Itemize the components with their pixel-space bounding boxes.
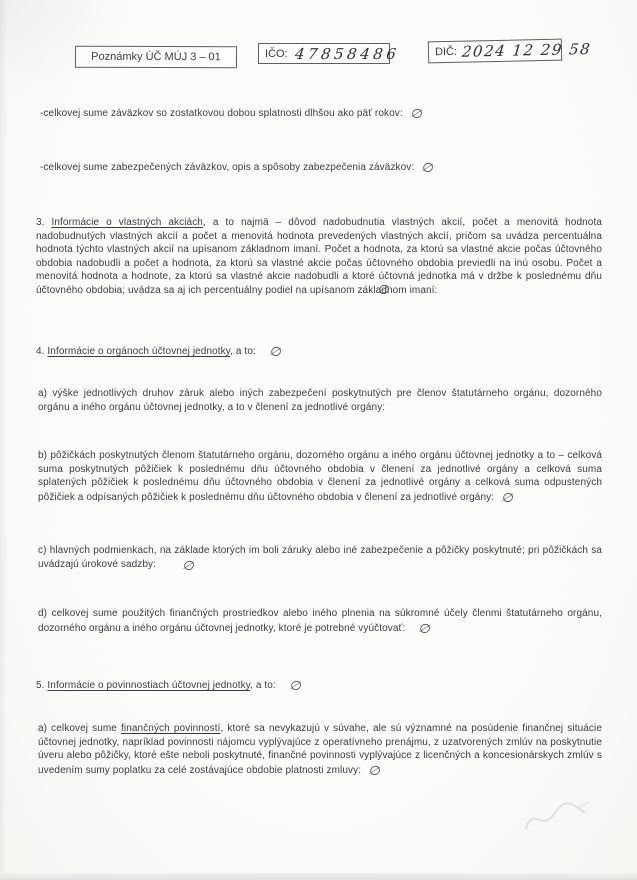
- handwritten-empty-mark: ∅: [409, 107, 425, 122]
- section-number: 5.: [36, 680, 47, 691]
- handwritten-empty-mark: ∅: [367, 764, 383, 779]
- form-title-box: Poznámky ÚČ MÚJ 3 – 01: [75, 46, 237, 69]
- handwritten-empty-mark: ∅: [268, 345, 284, 360]
- paragraph-text: -celkovej sume záväzkov so zostatkovou d…: [40, 108, 403, 119]
- section-number: 4.: [36, 346, 47, 357]
- section-text: , a to:: [230, 346, 256, 357]
- underlined-term: finančných povinností: [121, 723, 220, 734]
- section-text: , a to:: [250, 680, 276, 691]
- handwritten-empty-mark: ∅: [181, 559, 196, 574]
- dic-handwritten-value: 2024 12 29 58: [461, 40, 592, 61]
- bottom-scan-edge: [0, 873, 637, 880]
- section-title-underlined: Informácie o vlastných akciách: [52, 217, 203, 228]
- ico-handwritten-value: 47858486: [294, 45, 401, 63]
- scanned-document-page: Poznámky ÚČ MÚJ 3 – 01 IČO: 47858486 DIČ…: [0, 0, 637, 880]
- scan-left-edge: [0, 0, 7, 880]
- paragraph-liabilities-over-five-years: -celkovej sume záväzkov so zostatkovou d…: [40, 106, 600, 121]
- paragraph-text: -celkovej sume zabezpečených záväzkov, o…: [40, 162, 414, 173]
- paragraph-text: d) celkovej sume použitých finančných pr…: [38, 608, 602, 634]
- section-text: , a to najmä – dôvod nadobudnutia vlastn…: [36, 217, 602, 296]
- dic-label: DIČ:: [435, 46, 457, 58]
- section-number: 3.: [36, 217, 52, 228]
- section-title-underlined: Informácie o orgánoch účtovnej jednotky: [47, 346, 230, 357]
- section-own-shares: 3. Informácie o vlastných akciách, a to …: [36, 216, 602, 298]
- dic-box: DIČ: 2024 12 29 58: [428, 39, 562, 64]
- paragraph-text: a) výške jednotlivých druhov záruk alebo…: [38, 388, 602, 413]
- handwritten-empty-mark: ∅: [288, 679, 304, 694]
- paragraph-text: a) celkovej sume: [38, 723, 121, 734]
- handwritten-empty-mark: ∅: [417, 622, 433, 637]
- paragraph-secured-liabilities: -celkovej sume zabezpečených záväzkov, o…: [40, 160, 600, 175]
- item-a-financial-obligations: a) celkovej sume finančných povinností, …: [38, 722, 602, 777]
- handwritten-empty-mark: ∅: [500, 491, 516, 506]
- item-c-conditions: c) hlavných podmienkach, na základe ktor…: [38, 544, 602, 571]
- ico-label: IČO:: [265, 48, 288, 60]
- item-a-guarantees: a) výške jednotlivých druhov záruk alebo…: [38, 387, 602, 414]
- paragraph-text: c) hlavných podmienkach, na základe ktor…: [38, 545, 602, 570]
- section-organs-heading: 4. Informácie o orgánoch účtovnej jednot…: [36, 344, 602, 359]
- item-b-loans: b) pôžičkách poskytnutých členom štatutá…: [38, 449, 602, 504]
- paragraph-text: b) pôžičkách poskytnutých členom štatutá…: [38, 450, 602, 503]
- ico-box: IČO: 47858486: [258, 43, 390, 64]
- form-title: Poznámky ÚČ MÚJ 3 – 01: [91, 51, 221, 63]
- handwritten-empty-mark: ∅: [420, 161, 436, 176]
- section-title-underlined: Informácie o povinnostiach účtovnej jedn…: [47, 680, 250, 691]
- item-d-private-use: d) celkovej sume použitých finančných pr…: [38, 607, 602, 635]
- pencil-scribble: [520, 798, 592, 838]
- section-obligations-heading: 5. Informácie o povinnostiach účtovnej j…: [36, 678, 602, 693]
